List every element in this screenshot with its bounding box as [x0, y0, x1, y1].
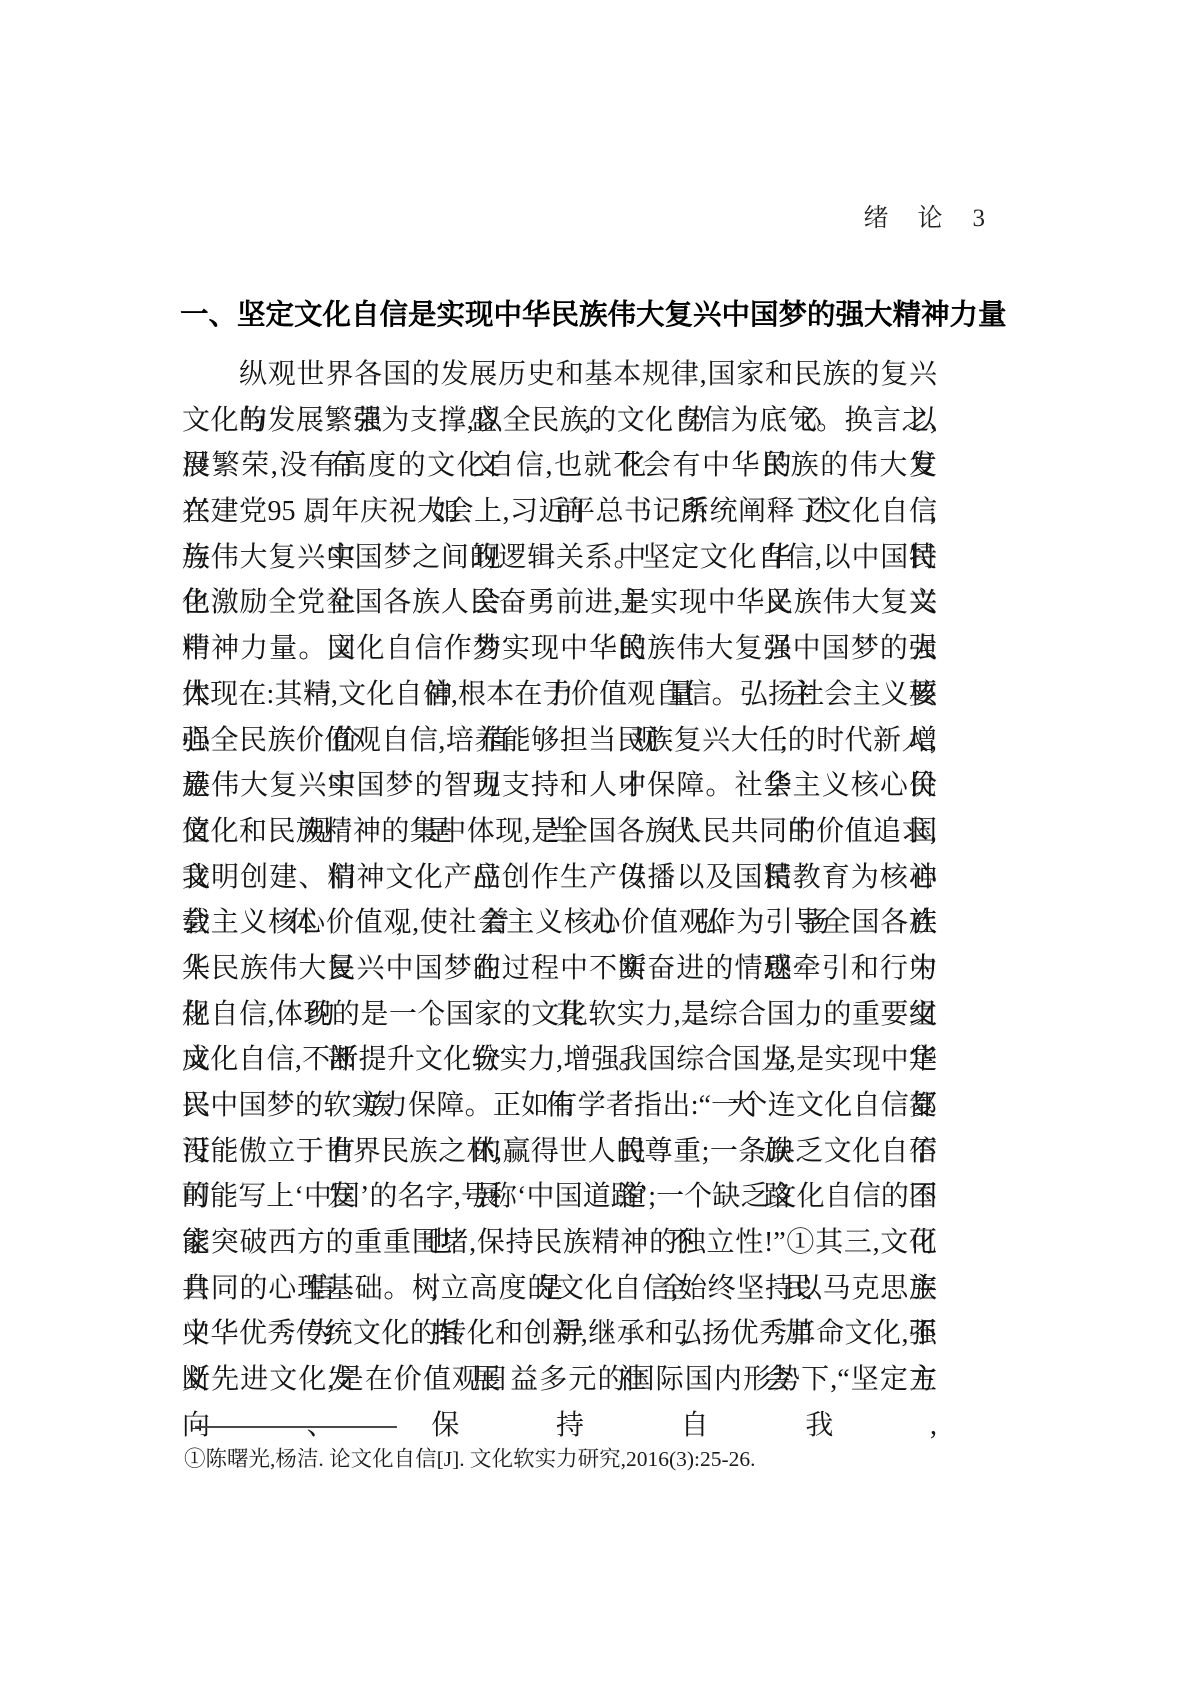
text-line: 纵观世界各国的发展历史和基本规律,国家和民族的复兴与强盛,势必以 [182, 352, 937, 398]
text-line: 在建党95 周年庆祝大会上,习近平总书记系统阐释了文化自信与实现中华民 [182, 489, 937, 535]
text-line: 义先进文化,是在价值观日益多元的国际国内形势下,“坚定方向、保持自我, [182, 1357, 937, 1403]
text-line: 化自信,体现的是一个国家的文化软实力,是综合国力的重要组成部分。坚定 [182, 992, 937, 1038]
text-line: 能突破西方的重重围堵,保持民族精神的独立性!”①其三,文化自信,是全民族 [182, 1220, 937, 1266]
text-line: 文化的发展繁荣为支撑,以全民族的文化自信为底气。换言之,没有文化的发 [182, 398, 937, 444]
text-line: 族伟大复兴中国梦的智力支持和人才保障。社会主义核心价值观是当代中国 [182, 763, 937, 809]
text-line: 兴中国梦的软实力保障。正如有学者指出:“一个连文化自信都没有的民族不 [182, 1083, 937, 1129]
text-line: 会主义核心价值观,使社会主义核心价值观作为引导全国各族人民在实现中 [182, 900, 937, 946]
text-line: 体现在:其一,文化自信,根本在于价值观自信。弘扬社会主义核心价值观,增 [182, 672, 937, 718]
text-line: 精神力量。文化自信作为实现中华民族伟大复兴中国梦的强大精神力量主要 [182, 626, 937, 672]
body-paragraph: 纵观世界各国的发展历史和基本规律,国家和民族的复兴与强盛,势必以文化的发展繁荣为… [182, 352, 937, 1403]
running-header: 绪 论 3 [863, 203, 985, 235]
text-line: 文明创建、精神文化产品创作生产传播以及国民教育为核心载体,着力弘扬社 [182, 855, 937, 901]
text-line: 华民族伟大复兴中国梦的过程中不断奋进的情感牵引和行为规约。其二,文 [182, 946, 937, 992]
text-line: 展繁荣,没有高度的文化自信,也就不会有中华民族的伟大复兴。如前所述, [182, 443, 937, 489]
footnote-divider [195, 1426, 397, 1428]
footnote-citation: ①陈曙光,杨洁. 论文化自信[J]. 文化软实力研究,2016(3):25-26… [184, 1444, 924, 1474]
text-line: 可能写上‘中国’的名字,号称‘中国道路’;一个缺乏文化自信的国家也不可 [182, 1174, 937, 1220]
text-line: 共同的心理基础。树立高度的文化自信,始终坚持以马克思主义为指导,加强 [182, 1266, 937, 1312]
text-line: 强全民族价值观自信,培养能够担当民族复兴大任的时代新人,是实现中华民 [182, 718, 937, 764]
section-heading: 一、坚定文化自信是实现中华民族伟大复兴中国梦的强大精神力量 [180, 295, 936, 335]
page-number: 3 [973, 203, 986, 235]
book-page: 绪 论 3 一、坚定文化自信是实现中华民族伟大复兴中国梦的强大精神力量 纵观世界… [0, 0, 1190, 1684]
text-line: 中华优秀传统文化的转化和创新,继承和弘扬优秀革命文化,不断发展社会主 [182, 1311, 937, 1357]
text-line: 化激励全党全国各族人民奋勇前进,是实现中华民族伟大复兴中国梦的强大 [182, 580, 937, 626]
text-line: 可能傲立于世界民族之林,赢得世人的尊重;一条缺乏文化自信的发展道路不 [182, 1129, 937, 1175]
text-line: 文化和民族精神的集中体现,是全国各族人民共同的价值追求,我们应以精神 [182, 809, 937, 855]
text-line: 族伟大复兴中国梦之间的逻辑关系。坚定文化自信,以中国特色社会主义文 [182, 535, 937, 581]
running-title: 绪 论 [863, 203, 944, 235]
text-line: 文化自信,不断提升文化软实力,增强我国综合国力,是实现中华民族伟大复 [182, 1037, 937, 1083]
